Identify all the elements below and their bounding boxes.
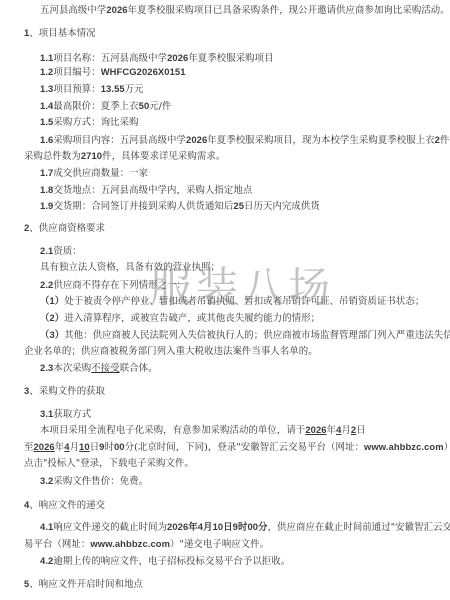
item-value-post: ）"-: [444, 442, 450, 453]
item-value-number: 2026: [167, 52, 188, 63]
intro-text: 五河县高级中学: [40, 5, 106, 16]
item-value-post: 年夏季校服采购项目，现为本校学生采购夏季校服上衣: [207, 135, 434, 146]
item-1-4: 1.4最高限价：夏季上衣50元/件: [40, 100, 172, 113]
item-2-2: 2.2供应商不得存在下列情形之一：: [40, 279, 186, 292]
item-1-9: 1.9交货期：合同签订并接到采购人供货通知后25日历天内完成供货: [40, 200, 320, 213]
item-label: 资质：: [53, 246, 81, 257]
item-label: 交货期：: [53, 201, 91, 212]
document-page: 五河县高级中学2026年夏季校服采购项目已具备采购条件，现公开邀请供应商参加询比…: [0, 0, 450, 600]
item-value-post: ，供应商应在截止时间前通过"安徽智汇云交: [268, 522, 450, 533]
item-value: 响应文件递交的截止时间为: [53, 522, 167, 533]
year-char: 年: [55, 442, 64, 453]
intro-text-post: 年夏季校服采购项目已具备采购条件，现公开邀请供应商参加询比采购活动。: [128, 5, 450, 16]
item-value: 五河县高级中学内，采购人指定地点: [101, 185, 253, 196]
section-5-heading: 5、响应文件开启时间和地点: [24, 578, 143, 591]
item-value: 五河县高级中学: [120, 135, 186, 146]
item-label: 获取方式: [53, 409, 91, 420]
item-1-2: 1.2项目编号：WHFCG2026X0151: [40, 66, 186, 79]
item-2-1-text: 具有独立法人资格，具备有效的营业执照；: [40, 262, 220, 274]
price-unit: 元/件: [149, 101, 171, 112]
item-4-1: 4.1响应文件递交的截止时间为2026年4月10日9时00分，供应商应在截止时间…: [40, 521, 450, 534]
item-2-3: 2.3本次采购不接受联合体。: [40, 362, 158, 375]
end-day: 10: [79, 441, 90, 452]
item-number: 1.2: [40, 66, 53, 77]
item-3-1-paragraph-cont: 至2026年4月10日9时00分(北京时间，下同)，登录"安徽智汇云交易平台（网…: [24, 441, 450, 454]
item-3-2: 3.2采购文件售价：免费。: [40, 475, 148, 488]
item-number: 2.1: [40, 245, 53, 256]
item-4-1-continuation: 易平台（网址：www.ahbbzc.com）"递交电子响应文件。: [24, 538, 269, 551]
item-number: 1.6: [40, 134, 53, 145]
budget-unit: 万元: [125, 84, 144, 95]
item-value-number: 2026: [186, 134, 207, 145]
case-3: （3）其他：供应商被人民法院列入失信被执行人的；供应商被市场监督管理部门列入严重…: [40, 329, 450, 342]
total-quantity: 2710: [81, 150, 102, 161]
item-value-post: 件，具体要求详见采购需求。: [102, 151, 225, 162]
section-4-heading: 4、响应文件的递交: [24, 499, 105, 512]
month-char: 月: [341, 425, 350, 436]
item-value: 合同签订并接到采购人供货通知后: [91, 201, 233, 212]
item-value: 分(北京时间，下同)，登录"安徽智汇云交易平台（网址：: [125, 442, 364, 453]
item-3-1-paragraph: 本项目采用全流程电子化采购，有意参加采购活动的单位，请于2026年4月2日: [40, 424, 366, 437]
item-label: 项目编号：: [53, 67, 100, 78]
item-number: 3.2: [40, 475, 53, 486]
case-text: 处于被责令停产停业、暂扣或者吊销执照、暂扣或者吊销许可证、吊销资质证书状态；: [64, 296, 424, 307]
item-value: 点击"投标人"登录，下载电子采购文件。: [24, 458, 194, 469]
item-number: 1.7: [40, 167, 53, 178]
end-minute: 00: [114, 441, 125, 452]
item-number: 1.3: [40, 83, 53, 94]
case-text: 其他：供应商被人民法院列入失信被执行人的；供应商被市场监督管理部门列入严重违法失…: [64, 330, 450, 341]
case-number: （2）: [40, 312, 64, 323]
item-number: 2.3: [40, 362, 53, 373]
case-number: （3）: [40, 329, 64, 340]
section-title: 、响应文件开启时间和地点: [29, 579, 143, 590]
item-4-2: 4.2逾期上传的响应文件，电子招标投标交易平台予以拒收。: [40, 555, 290, 568]
item-1-3: 1.3项目预算：13.55万元: [40, 83, 144, 96]
item-number: 3.1: [40, 408, 53, 419]
case-2: （2）进入清算程序，或被宣告破产，或其他丧失履约能力的情形；: [40, 312, 320, 325]
case-number: （1）: [40, 295, 64, 306]
case-text: 企业名单的；供应商被税务部门列入重大税收违法案件当事人名单的。: [24, 346, 318, 357]
section-title: 、项目基本情况: [29, 28, 95, 39]
intro-paragraph: 五河县高级中学2026年夏季校服采购项目已具备采购条件，现公开邀请供应商参加询比…: [40, 4, 450, 17]
item-value: 一家: [129, 168, 148, 179]
day-char: 日: [356, 425, 365, 436]
item-value: 本次采购: [53, 363, 91, 374]
budget-value: 13.55: [101, 83, 125, 94]
section-3-heading: 3、采购文件的获取: [24, 385, 105, 398]
item-1-1: 1.1项目名称：五河县高级中学2026年夏季校服采购项目: [40, 52, 274, 65]
item-value: 五河县高级中学: [101, 53, 167, 64]
case-text: 进入清算程序，或被宣告破产，或其他丧失履约能力的情形；: [64, 313, 320, 324]
item-label: 采购方式：: [53, 117, 100, 128]
item-label: 项目预算：: [53, 84, 100, 95]
end-year: 2026: [33, 441, 54, 452]
item-number: 1.5: [40, 116, 53, 127]
item-number: 4.2: [40, 555, 53, 566]
deadline-datetime: 2026年4月10日9时00分: [167, 521, 268, 532]
item-1-7: 1.7成交供应商数量：一家: [40, 167, 148, 180]
month-char: 月: [70, 442, 79, 453]
item-value: 逾期上传的响应文件，电子招标投标交易平台予以拒收。: [53, 556, 290, 567]
platform-url[interactable]: www.ahbbzc.com: [364, 441, 444, 452]
section-1-heading: 1、项目基本情况: [24, 27, 96, 40]
item-value-post: 日历天内完成供货: [244, 201, 320, 212]
item-label: 交货地点：: [53, 185, 100, 196]
intro-year: 2026: [106, 4, 127, 15]
item-3-1: 3.1获取方式: [40, 408, 91, 421]
item-value: 易平台（网址：: [24, 539, 90, 550]
item-2-1: 2.1资质：: [40, 245, 82, 258]
item-label: 项目名称：: [53, 53, 100, 64]
item-number: 1.4: [40, 100, 53, 111]
item-3-1-paragraph-end: 点击"投标人"登录，下载电子采购文件。: [24, 458, 194, 470]
case-3-continuation: 企业名单的；供应商被税务部门列入重大税收违法案件当事人名单的。: [24, 346, 318, 358]
item-number: 2.2: [40, 279, 53, 290]
item-number: 1.9: [40, 200, 53, 211]
item-value-post: ）"递交电子响应文件。: [170, 539, 269, 550]
item-value-post: 联合体。: [120, 363, 158, 374]
max-price: 50: [139, 100, 150, 111]
item-value: 具有独立法人资格，具备有效的营业执照；: [40, 262, 220, 273]
section-title: 、响应文件的递交: [29, 500, 105, 511]
item-value-post: 年夏季校服采购项目: [188, 53, 273, 64]
case-1: （1）处于被责令停产停业、暂扣或者吊销执照、暂扣或者吊销许可证、吊销资质证书状态…: [40, 295, 424, 308]
item-label: 采购项目内容：: [53, 135, 119, 146]
platform-url[interactable]: www.ahbbzc.com: [90, 538, 170, 549]
item-value: 夏季上衣: [101, 101, 139, 112]
item-number: 1.8: [40, 184, 53, 195]
item-value-post: 件，: [440, 135, 450, 146]
day-char: 日: [90, 442, 99, 453]
item-value: 采购总件数为: [24, 151, 81, 162]
delivery-days: 25: [233, 200, 244, 211]
year-char: 年: [327, 425, 336, 436]
item-label: 最高限价：: [53, 101, 100, 112]
item-1-6-continuation: 采购总件数为2710件，具体要求详见采购需求。: [24, 150, 225, 163]
item-value: 询比采购: [101, 117, 139, 128]
item-number: 1.1: [40, 52, 53, 63]
item-value: 本项目采用全流程电子化采购，有意参加采购活动的单位，请于: [40, 425, 305, 436]
item-number: 4.1: [40, 521, 53, 532]
item-1-8: 1.8交货地点：五河县高级中学内，采购人指定地点: [40, 184, 252, 197]
section-2-heading: 2、供应商资格要求: [24, 222, 105, 235]
item-1-6: 1.6采购项目内容：五河县高级中学2026年夏季校服采购项目，现为本校学生采购夏…: [40, 134, 450, 147]
item-label: 成交供应商数量：: [53, 168, 129, 179]
item-1-5: 1.5采购方式：询比采购: [40, 116, 139, 129]
underlined-text: 不接受: [91, 363, 119, 374]
item-label: 供应商不得存在下列情形之一：: [53, 280, 186, 291]
hour-char: 时: [105, 442, 114, 453]
project-code: WHFCG2026X0151: [101, 66, 186, 77]
item-value: 采购文件售价：免费。: [53, 476, 148, 487]
start-year: 2026: [305, 424, 326, 435]
section-title: 、采购文件的获取: [29, 386, 105, 397]
section-title: 、供应商资格要求: [29, 223, 105, 234]
